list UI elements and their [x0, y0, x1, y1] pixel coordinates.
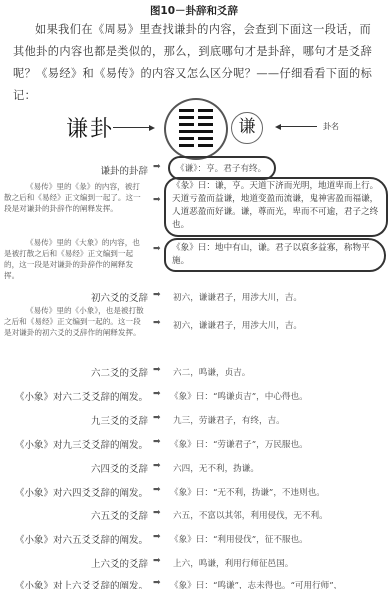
desc-daxiang: 《易传》里的《大象》的内容，也是被打散之后和《易经》正文编到一起的，这一段是对谦… — [4, 237, 146, 281]
text-xiaoxiang-liusi: 《象》曰：“无不利，㧑谦”，不违则也。 — [170, 486, 325, 498]
label-liuwu: 六五爻的爻辞 — [91, 508, 148, 522]
arrow-icon: ➡ — [153, 389, 161, 399]
hexagram-label: 谦卦 — [66, 112, 114, 143]
arrow-left-icon — [281, 126, 317, 127]
hexline-1-left — [179, 109, 194, 112]
hexline-6-right — [198, 144, 213, 147]
text-xiaoxiang-jiusan: 《象》曰：“劳谦君子”，万民服也。 — [170, 438, 308, 450]
text-xiaoxiang-chuliu: 初六，谦谦君子，用涉大川，吉。 — [173, 319, 302, 331]
text-chuliu: 初六，谦谦君子，用涉大川，吉。 — [173, 291, 302, 303]
intro-paragraph: 如果我们在《周易》里查找谦卦的内容，会查到下面这一段话，而其他卦的内容也都是类似… — [13, 19, 381, 107]
label-xiaoxiang-liuwu: 《小象》对六五爻爻辞的阐发。 — [15, 532, 148, 546]
text-tuan: 《彖》曰：谦，亨。天道下济而光明，地道卑而上行。天道亏盈而益谦，地道变盈而流谦，… — [172, 180, 380, 232]
text-guaci: 《谦》：亨。君子有终。 — [176, 162, 266, 174]
text-liuwu: 六五，不富以其邻，利用侵伐，无不利。 — [173, 509, 328, 521]
arrow-right-icon — [113, 127, 149, 128]
text-jiusan: 九三，劳谦君子，有终，吉。 — [173, 414, 285, 426]
text-xiaoxiang-shangliu: 《象》曰：“鸣谦”，志未得也。“可用行师”， — [170, 579, 342, 589]
text-liusi: 六四，无不利，㧑谦。 — [173, 462, 259, 474]
hexline-3-right — [198, 123, 213, 126]
label-xiaoxiang-jiusan: 《小象》对九三爻爻辞的阐发。 — [15, 437, 148, 451]
hexline-6-left — [179, 144, 194, 147]
arrow-icon: ➡ — [153, 556, 161, 566]
label-xiaoxiang-liuer: 《小象》对六二爻爻辞的阐发。 — [15, 389, 148, 403]
arrow-icon: ➡ — [153, 532, 161, 542]
hexline-1-right — [198, 109, 213, 112]
arrow-icon: ➡ — [153, 437, 161, 447]
text-xiaoxiang-liuwu: 《象》曰：“利用侵伐”，征不服也。 — [170, 533, 308, 545]
arrow-icon: ➡ — [153, 195, 161, 205]
text-liuer: 六二，鸣谦，贞吉。 — [173, 366, 250, 378]
label-liusi: 六四爻的爻辞 — [91, 461, 148, 475]
arrow-icon: ➡ — [153, 244, 161, 254]
label-chuliu: 初六爻的爻辞 — [91, 290, 148, 304]
arrow-icon: ➡ — [153, 162, 161, 172]
hexagram-name-label: 卦名 — [323, 121, 339, 132]
hexline-2-right — [198, 116, 213, 119]
text-shangliu: 上六，鸣谦，利用行师征邑国。 — [173, 557, 293, 569]
hexline-5-left — [179, 137, 194, 140]
label-xiaoxiang-shangliu: 《小象》对上六爻爻辞的阐发。 — [15, 578, 148, 589]
arrow-icon: ➡ — [153, 485, 161, 495]
text-daxiang: 《象》曰：地中有山，谦。君子以裒多益寡，称物平施。 — [172, 242, 378, 268]
hexagram-symbol — [164, 98, 228, 160]
hexline-3-left — [179, 123, 194, 126]
desc-xiaoxiang-chuliu: 《易传》里的《小象》，也是被打散之后和《易经》正文编到一起的。这一段是对谦卦的初… — [4, 305, 146, 338]
arrow-right-head-icon — [149, 125, 155, 131]
label-xiaoxiang-liusi: 《小象》对六四爻爻辞的阐发。 — [15, 485, 148, 499]
text-xiaoxiang-liuer: 《象》曰：“鸣谦贞吉”，中心得也。 — [170, 390, 308, 402]
hexline-5-right — [198, 137, 213, 140]
label-liuer: 六二爻的爻辞 — [91, 365, 148, 379]
arrow-icon: ➡ — [153, 413, 161, 423]
figure-title: 图10－卦辞和爻辞 — [0, 3, 388, 18]
label-jiusan: 九三爻的爻辞 — [91, 413, 148, 427]
arrow-icon: ➡ — [153, 461, 161, 471]
hexagram-name-circle: 谦 — [231, 112, 263, 144]
arrow-icon: ➡ — [153, 365, 161, 375]
arrow-icon: ➡ — [153, 318, 161, 328]
label-guaci: 谦卦的卦辞 — [100, 163, 148, 177]
arrow-icon: ➡ — [153, 290, 161, 300]
hexline-4-solid — [179, 130, 213, 133]
label-shangliu: 上六爻的爻辞 — [91, 556, 148, 570]
hexline-2-left — [179, 116, 194, 119]
arrow-icon: ➡ — [153, 578, 161, 588]
desc-tuan: 《易传》里的《彖》的内容，被打散之后和《易经》正文编到一起了。这一段是对谦卦的卦… — [4, 181, 146, 214]
arrow-icon: ➡ — [153, 508, 161, 518]
